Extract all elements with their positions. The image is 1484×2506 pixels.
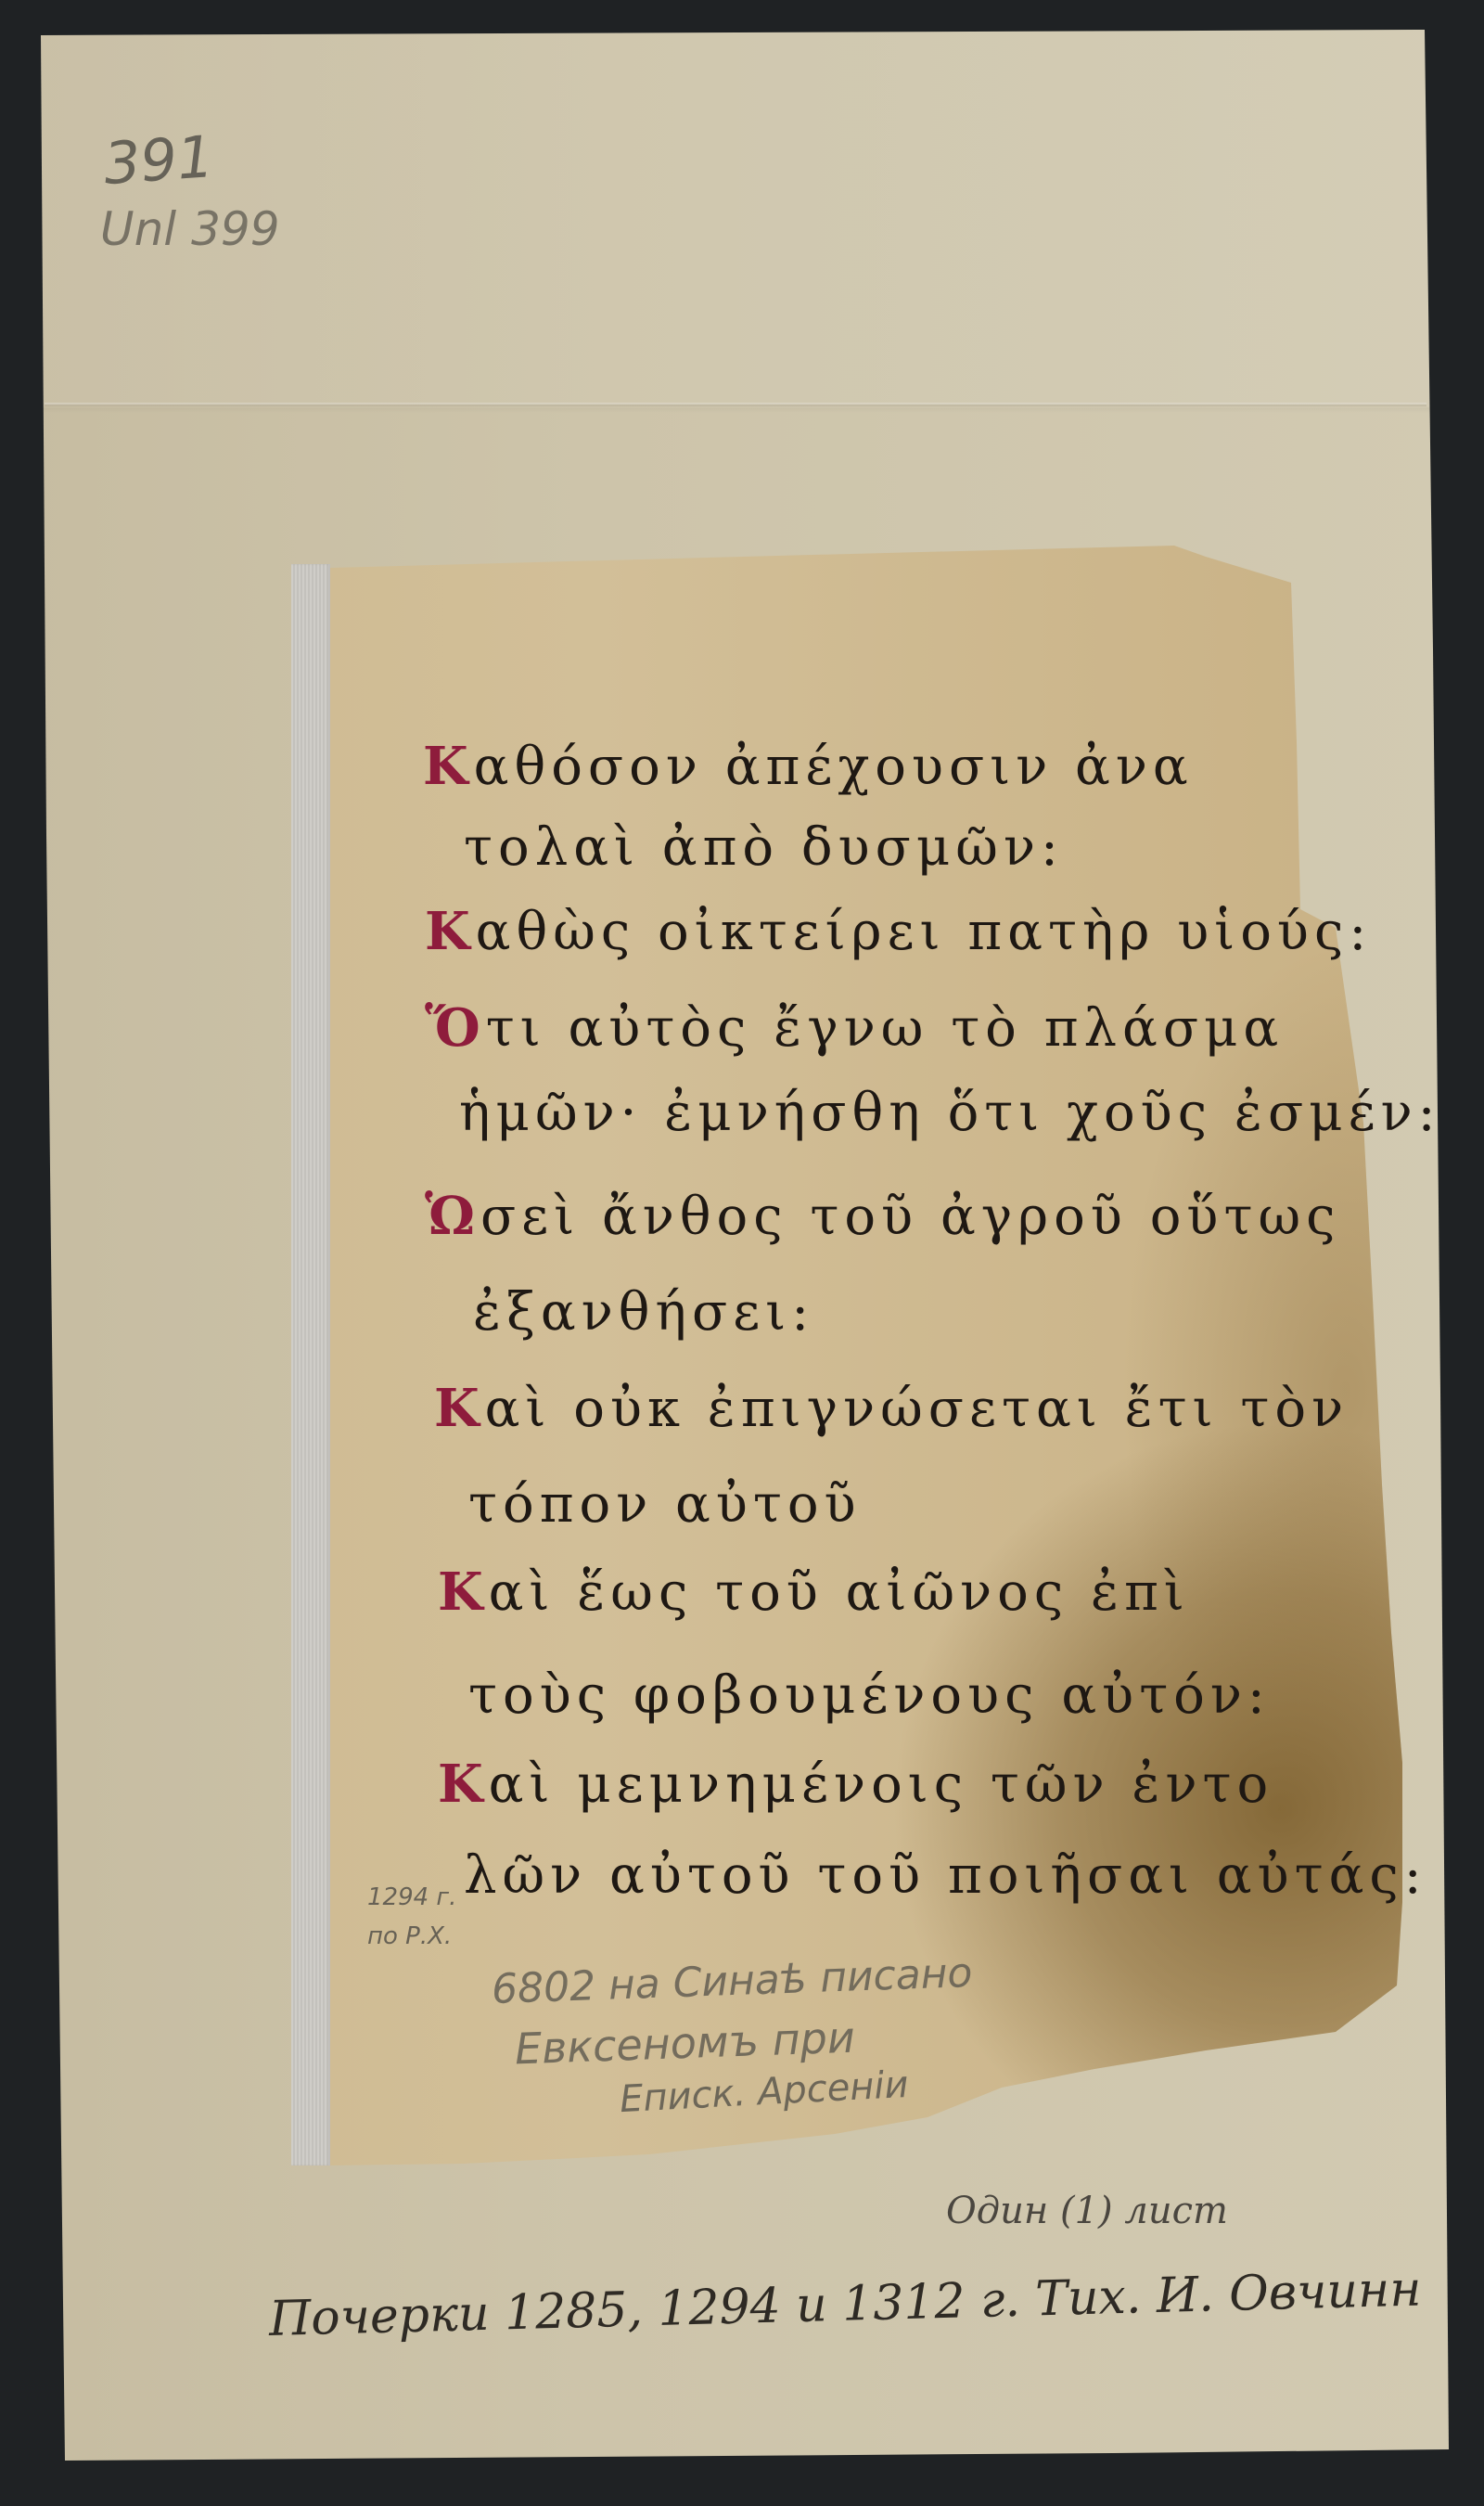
text-line-10: Καὶ ἕως τοῦ αἰῶνος ἐπὶ bbox=[438, 1566, 1190, 1619]
text-line-6: Ὡσεὶ ἄνθος τοῦ ἀγροῦ οὕτως bbox=[425, 1190, 1340, 1243]
fold-line bbox=[45, 403, 1426, 406]
margin-date-line1: 1294 г. bbox=[367, 1883, 456, 1911]
text-line-13: λῶν αὐτοῦ τοῦ ποιῆσαι αὐτάς: bbox=[464, 1850, 1427, 1902]
margin-date-line2: по Р.Х. bbox=[367, 1922, 452, 1950]
text-line-2: τολαὶ ἀπὸ δυσμῶν: bbox=[464, 822, 1064, 874]
text-line-1: Καθόσον ἀπέχουσιν ἀνα bbox=[423, 740, 1194, 793]
catalog-number-primary: 391 bbox=[102, 122, 216, 198]
leaf-count-note: Один (1) лист bbox=[946, 2190, 1228, 2232]
text-line-12: Καὶ μεμνημένοις τῶν ἐντο bbox=[438, 1758, 1273, 1811]
text-line-8: Καὶ οὐκ ἐπιγνώσεται ἔτι τὸν bbox=[434, 1382, 1349, 1435]
gauze-hinge-strip bbox=[291, 564, 330, 2165]
text-line-3: Καθὼς οἰκτείρει πατὴρ υἱούς: bbox=[425, 906, 1372, 958]
catalog-number-secondary: Unl 399 bbox=[100, 202, 280, 256]
text-line-5: ἡμῶν· ἐμνήσθη ὅτι χοῦς ἐσμέν: bbox=[459, 1087, 1441, 1139]
text-line-7: ἐξανθήσει: bbox=[473, 1287, 814, 1339]
text-line-9: τόπον αὐτοῦ bbox=[468, 1479, 862, 1531]
text-line-11: τοὺς φοβουμένους αὐτόν: bbox=[468, 1670, 1271, 1722]
text-line-4: Ὅτι αὐτὸς ἔγνω τὸ πλάσμα bbox=[425, 1002, 1284, 1055]
